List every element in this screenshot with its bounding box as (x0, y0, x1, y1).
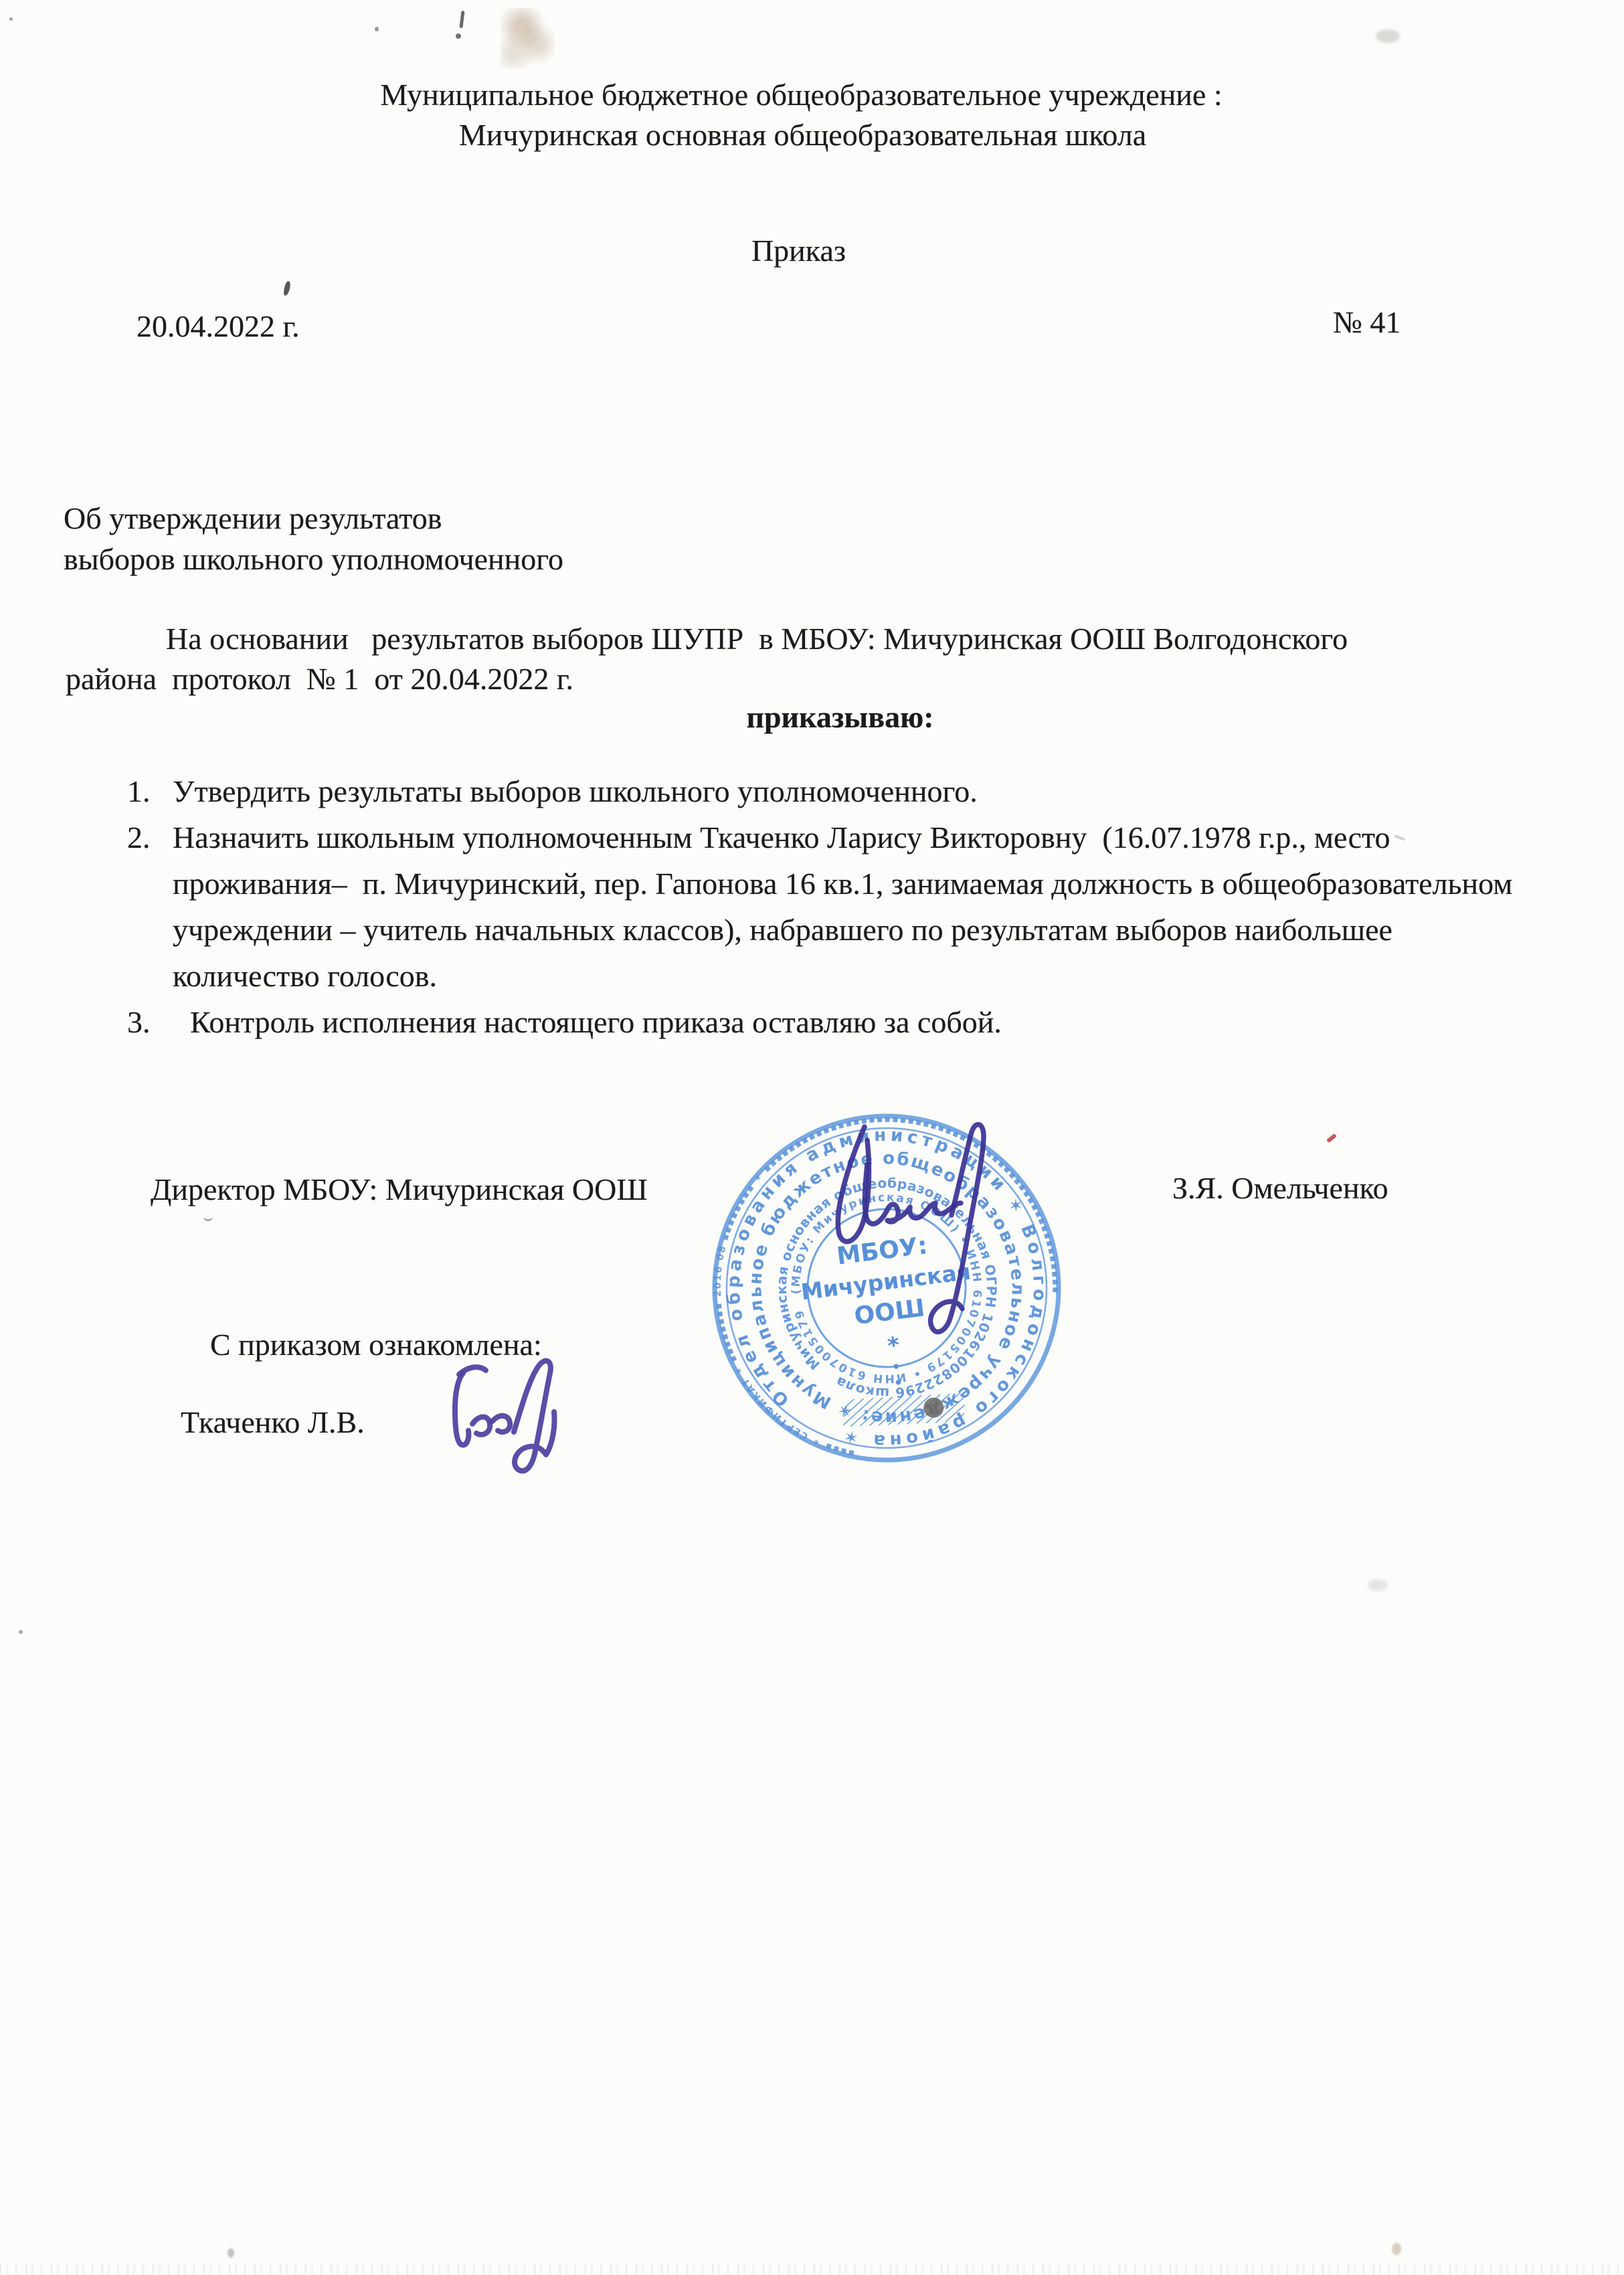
director-signature-icon (770, 1084, 1051, 1365)
order-items-list: 1. Утвердить результаты выборов школьног… (127, 768, 1536, 1045)
document-date: 20.04.2022 г. (137, 306, 300, 347)
order-item-3: 3. Контроль исполнения настоящего приказ… (127, 999, 1536, 1045)
scan-speck (283, 280, 291, 296)
scanned-order-document: Муниципальное бюджетное общеобразователь… (0, 0, 1624, 2275)
scan-speck (203, 1212, 213, 1221)
org-name-line2: Мичуринская основная общеобразовательная… (0, 115, 1615, 155)
preamble-line1: На основании результатов выборов ШУПР в … (166, 619, 1348, 659)
order-item-1: 1. Утвердить результаты выборов школьног… (127, 768, 1536, 814)
order-item-2: 2. Назначить школьным уполномоченным Тка… (127, 814, 1536, 999)
director-name: З.Я. Омельченко (1172, 1168, 1388, 1208)
scan-speck (1326, 1133, 1337, 1144)
subject-line2: выборов школьного уполномоченного (64, 539, 563, 579)
order-item-3-number: 3. (127, 999, 173, 1045)
scan-speck (375, 27, 379, 31)
acknowledged-person-name: Ткаченко Л.В. (181, 1402, 365, 1443)
scan-speck (456, 33, 461, 39)
decree-word: приказываю: (28, 697, 1624, 737)
scanner-edge-noise (0, 2264, 1624, 2275)
director-title-label: Директор МБОУ: Мичуринская ООШ (151, 1170, 648, 1210)
scan-speck (228, 2248, 234, 2258)
order-item-2-number: 2. (127, 814, 173, 860)
scan-speck (9, 17, 13, 21)
order-item-2-text: Назначить школьным уполномоченным Ткачен… (173, 814, 1536, 999)
scan-speck (459, 11, 464, 28)
preamble-line2: района протокол № 1 от 20.04.2022 г. (66, 659, 573, 699)
org-name-line1: Муниципальное бюджетное общеобразователь… (0, 75, 1613, 115)
order-item-3-text: Контроль исполнения настоящего приказа о… (173, 999, 1536, 1045)
scan-smudge (1368, 1579, 1388, 1591)
scan-speck (1392, 2243, 1401, 2255)
scan-speck (19, 1630, 23, 1634)
scan-smudge (1376, 29, 1400, 43)
order-item-1-number: 1. (127, 768, 173, 814)
acknowledgement-signature-icon (428, 1338, 602, 1512)
scan-smudge (501, 8, 554, 68)
document-number: № 41 (1333, 302, 1401, 343)
subject-line1: Об утверждении результатов (64, 498, 442, 539)
order-item-1-text: Утвердить результаты выборов школьного у… (173, 768, 1536, 814)
document-type-title: Приказ (0, 231, 1611, 271)
